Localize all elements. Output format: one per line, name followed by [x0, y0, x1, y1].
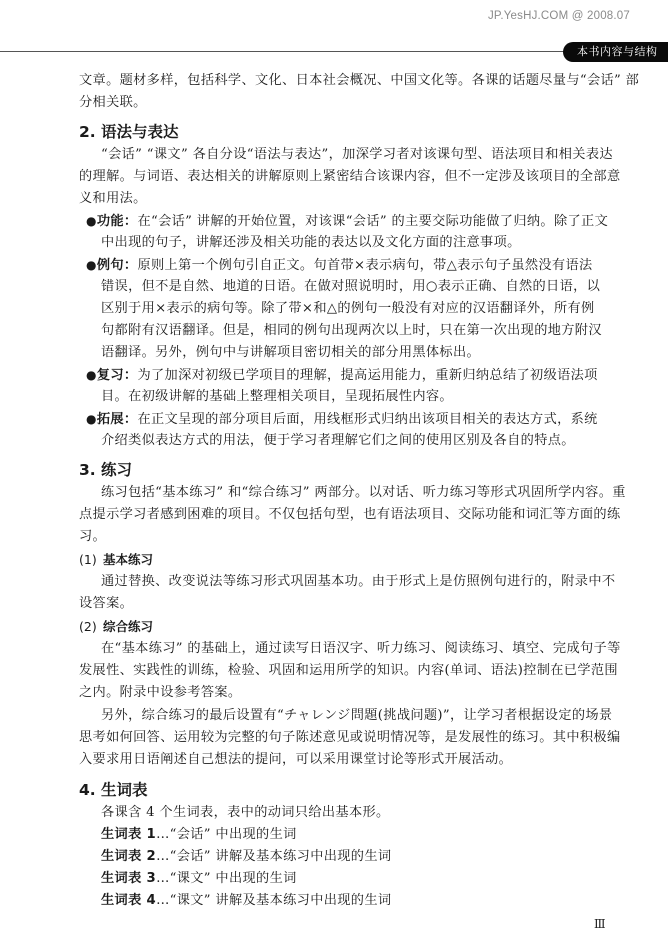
watermark-text: JP.YesHJ.COM @ 2008.07	[488, 10, 630, 22]
body-line: 习。	[79, 528, 106, 546]
body-line: 设答案。	[79, 595, 133, 613]
bullet-item-review: ●复习：为了加深对初级已学项目的理解，提高运用能力，重新归纳总结了初级语法项	[86, 366, 598, 385]
body-line: 的理解。与词语、表达相关的讲解原则上紧密结合该课内容，但不一定涉及该项目的全部意	[79, 168, 621, 186]
section-title: 生词表	[101, 781, 148, 799]
vocab-list-desc: …“会话” 讲解及基本练习中出现的生词	[156, 849, 391, 864]
body-line: 思考如何回答、运用较为完整的句子陈述意见或说明情况等，是发展性的练习。其中积极编	[79, 729, 621, 747]
bullet-item-extension: ●拓展：在正文呈现的部分项目后面，用线框形式归纳出该项目相关的表达方式，系统	[86, 410, 598, 429]
body-line: 分相关联。	[79, 94, 147, 112]
vocab-list-desc: …“课文” 讲解及基本练习中出现的生词	[156, 893, 391, 908]
section-tab: 本书内容与结构	[563, 42, 668, 62]
body-line: 入要求用日语阐述自己想法的提问，可以采用课堂讨论等形式开展活动。	[79, 751, 512, 769]
page-number: Ⅲ	[594, 917, 606, 931]
bullet-icon: ●	[86, 368, 97, 382]
vocab-list-label: 生词表 3	[101, 871, 156, 886]
bullet-term: 拓展：	[97, 412, 138, 427]
subsection-heading-comprehensive: (2)综合练习	[79, 618, 153, 636]
body-line: 句都附有汉语翻译。但是，相同的例句出现两次以上时，只在第一次出现的地方附汉	[101, 322, 602, 340]
vocab-list-label: 生词表 2	[101, 849, 156, 864]
body-line: 语翻译。另外，例句中与讲解项目密切相关的部分用黑体标出。	[101, 344, 480, 362]
body-line: 义和用法。	[79, 190, 147, 208]
bullet-icon: ●	[86, 412, 97, 426]
body-line: 点提示学习者感到困难的项目。不仅包括句型，也有语法项目、交际功能和词汇等方面的练	[79, 506, 621, 524]
body-line: 文章。题材多样，包括科学、文化、日本社会概况、中国文化等。各课的话题尽量与“会话…	[79, 72, 639, 90]
subsection-heading-basic: (1)基本练习	[79, 551, 153, 569]
bullet-text: 为了加深对初级已学项目的理解，提高运用能力，重新归纳总结了初级语法项	[137, 368, 597, 383]
body-line: 区别于用×表示的病句等。除了带×和△的例句一般没有对应的汉语翻译外，所有例	[101, 300, 595, 318]
bullet-term: 功能：	[97, 214, 138, 229]
vocab-list-item: 生词表 4…“课文” 讲解及基本练习中出现的生词	[101, 892, 391, 910]
subsection-title: 综合练习	[103, 619, 153, 634]
section-number: 4.	[79, 780, 101, 800]
bullet-term: 例句：	[97, 258, 138, 273]
body-line: 错误，但不是自然、地道的日语。在做对照说明时，用○表示正确、自然的日语，以	[101, 278, 600, 296]
body-line: 各课含 4 个生词表，表中的动词只给出基本形。	[101, 804, 390, 822]
body-line: 之内。附录中设参考答案。	[79, 684, 241, 702]
bullet-text: 在正文呈现的部分项目后面，用线框形式归纳出该项目相关的表达方式，系统	[137, 412, 597, 427]
section-title: 语法与表达	[101, 123, 179, 141]
subsection-number: (2)	[79, 618, 103, 636]
bullet-icon: ●	[86, 214, 97, 228]
section-title: 练习	[101, 461, 132, 479]
subsection-number: (1)	[79, 551, 103, 569]
body-line: 发展性、实践性的训练，检验、巩固和运用所学的知识。内容(单词、语法)控制在已学范…	[79, 662, 618, 680]
bullet-item-examples: ●例句：原则上第一个例句引自正文。句首带×表示病句，带△表示句子虽然没有语法	[86, 256, 593, 275]
body-line: 在“基本练习” 的基础上，通过读写日语汉字、听力练习、阅读练习、填空、完成句子等	[101, 640, 621, 658]
section-heading-4: 4.生词表	[79, 780, 148, 800]
vocab-list-desc: …“课文” 中出现的生词	[156, 871, 297, 886]
bullet-icon: ●	[86, 258, 97, 272]
section-heading-2: 2.语法与表达	[79, 122, 179, 142]
body-line: 另外，综合练习的最后设置有“チャレンジ問題(挑战问题)”，让学习者根据设定的场景	[101, 707, 612, 725]
bullet-text: 原则上第一个例句引自正文。句首带×表示病句，带△表示句子虽然没有语法	[137, 258, 592, 273]
bullet-term: 复习：	[97, 368, 138, 383]
vocab-list-item: 生词表 1…“会话” 中出现的生词	[101, 826, 297, 844]
body-line: 通过替换、改变说法等练习形式巩固基本功。由于形式上是仿照例句进行的，附录中不	[101, 573, 615, 591]
bullet-text: 在“会话” 讲解的开始位置，对该课“会话” 的主要交际功能做了归纳。除了正文	[137, 214, 608, 229]
section-heading-3: 3.练习	[79, 460, 132, 480]
body-line: 介绍类似表达方式的用法，便于学习者理解它们之间的使用区别及各自的特点。	[101, 432, 575, 450]
vocab-list-item: 生词表 2…“会话” 讲解及基本练习中出现的生词	[101, 848, 391, 866]
vocab-list-desc: …“会话” 中出现的生词	[156, 827, 297, 842]
vocab-list-label: 生词表 4	[101, 893, 156, 908]
header-rule	[0, 51, 570, 52]
section-number: 3.	[79, 460, 101, 480]
vocab-list-label: 生词表 1	[101, 827, 156, 842]
body-line: 中出现的句子，讲解还涉及相关功能的表达以及文化方面的注意事项。	[101, 234, 521, 252]
vocab-list-item: 生词表 3…“课文” 中出现的生词	[101, 870, 297, 888]
body-line: 目。在初级讲解的基础上整理相关项目，呈现拓展性内容。	[101, 388, 453, 406]
bullet-item-function: ●功能：在“会话” 讲解的开始位置，对该课“会话” 的主要交际功能做了归纳。除了…	[86, 212, 608, 231]
body-line: “会话” “课文” 各自分设“语法与表达”，加深学习者对该课句型、语法项目和相关…	[101, 146, 613, 164]
body-line: 练习包括“基本练习” 和“综合练习” 两部分。以对话、听力练习等形式巩固所学内容…	[101, 484, 626, 502]
section-number: 2.	[79, 122, 101, 142]
subsection-title: 基本练习	[103, 552, 153, 567]
